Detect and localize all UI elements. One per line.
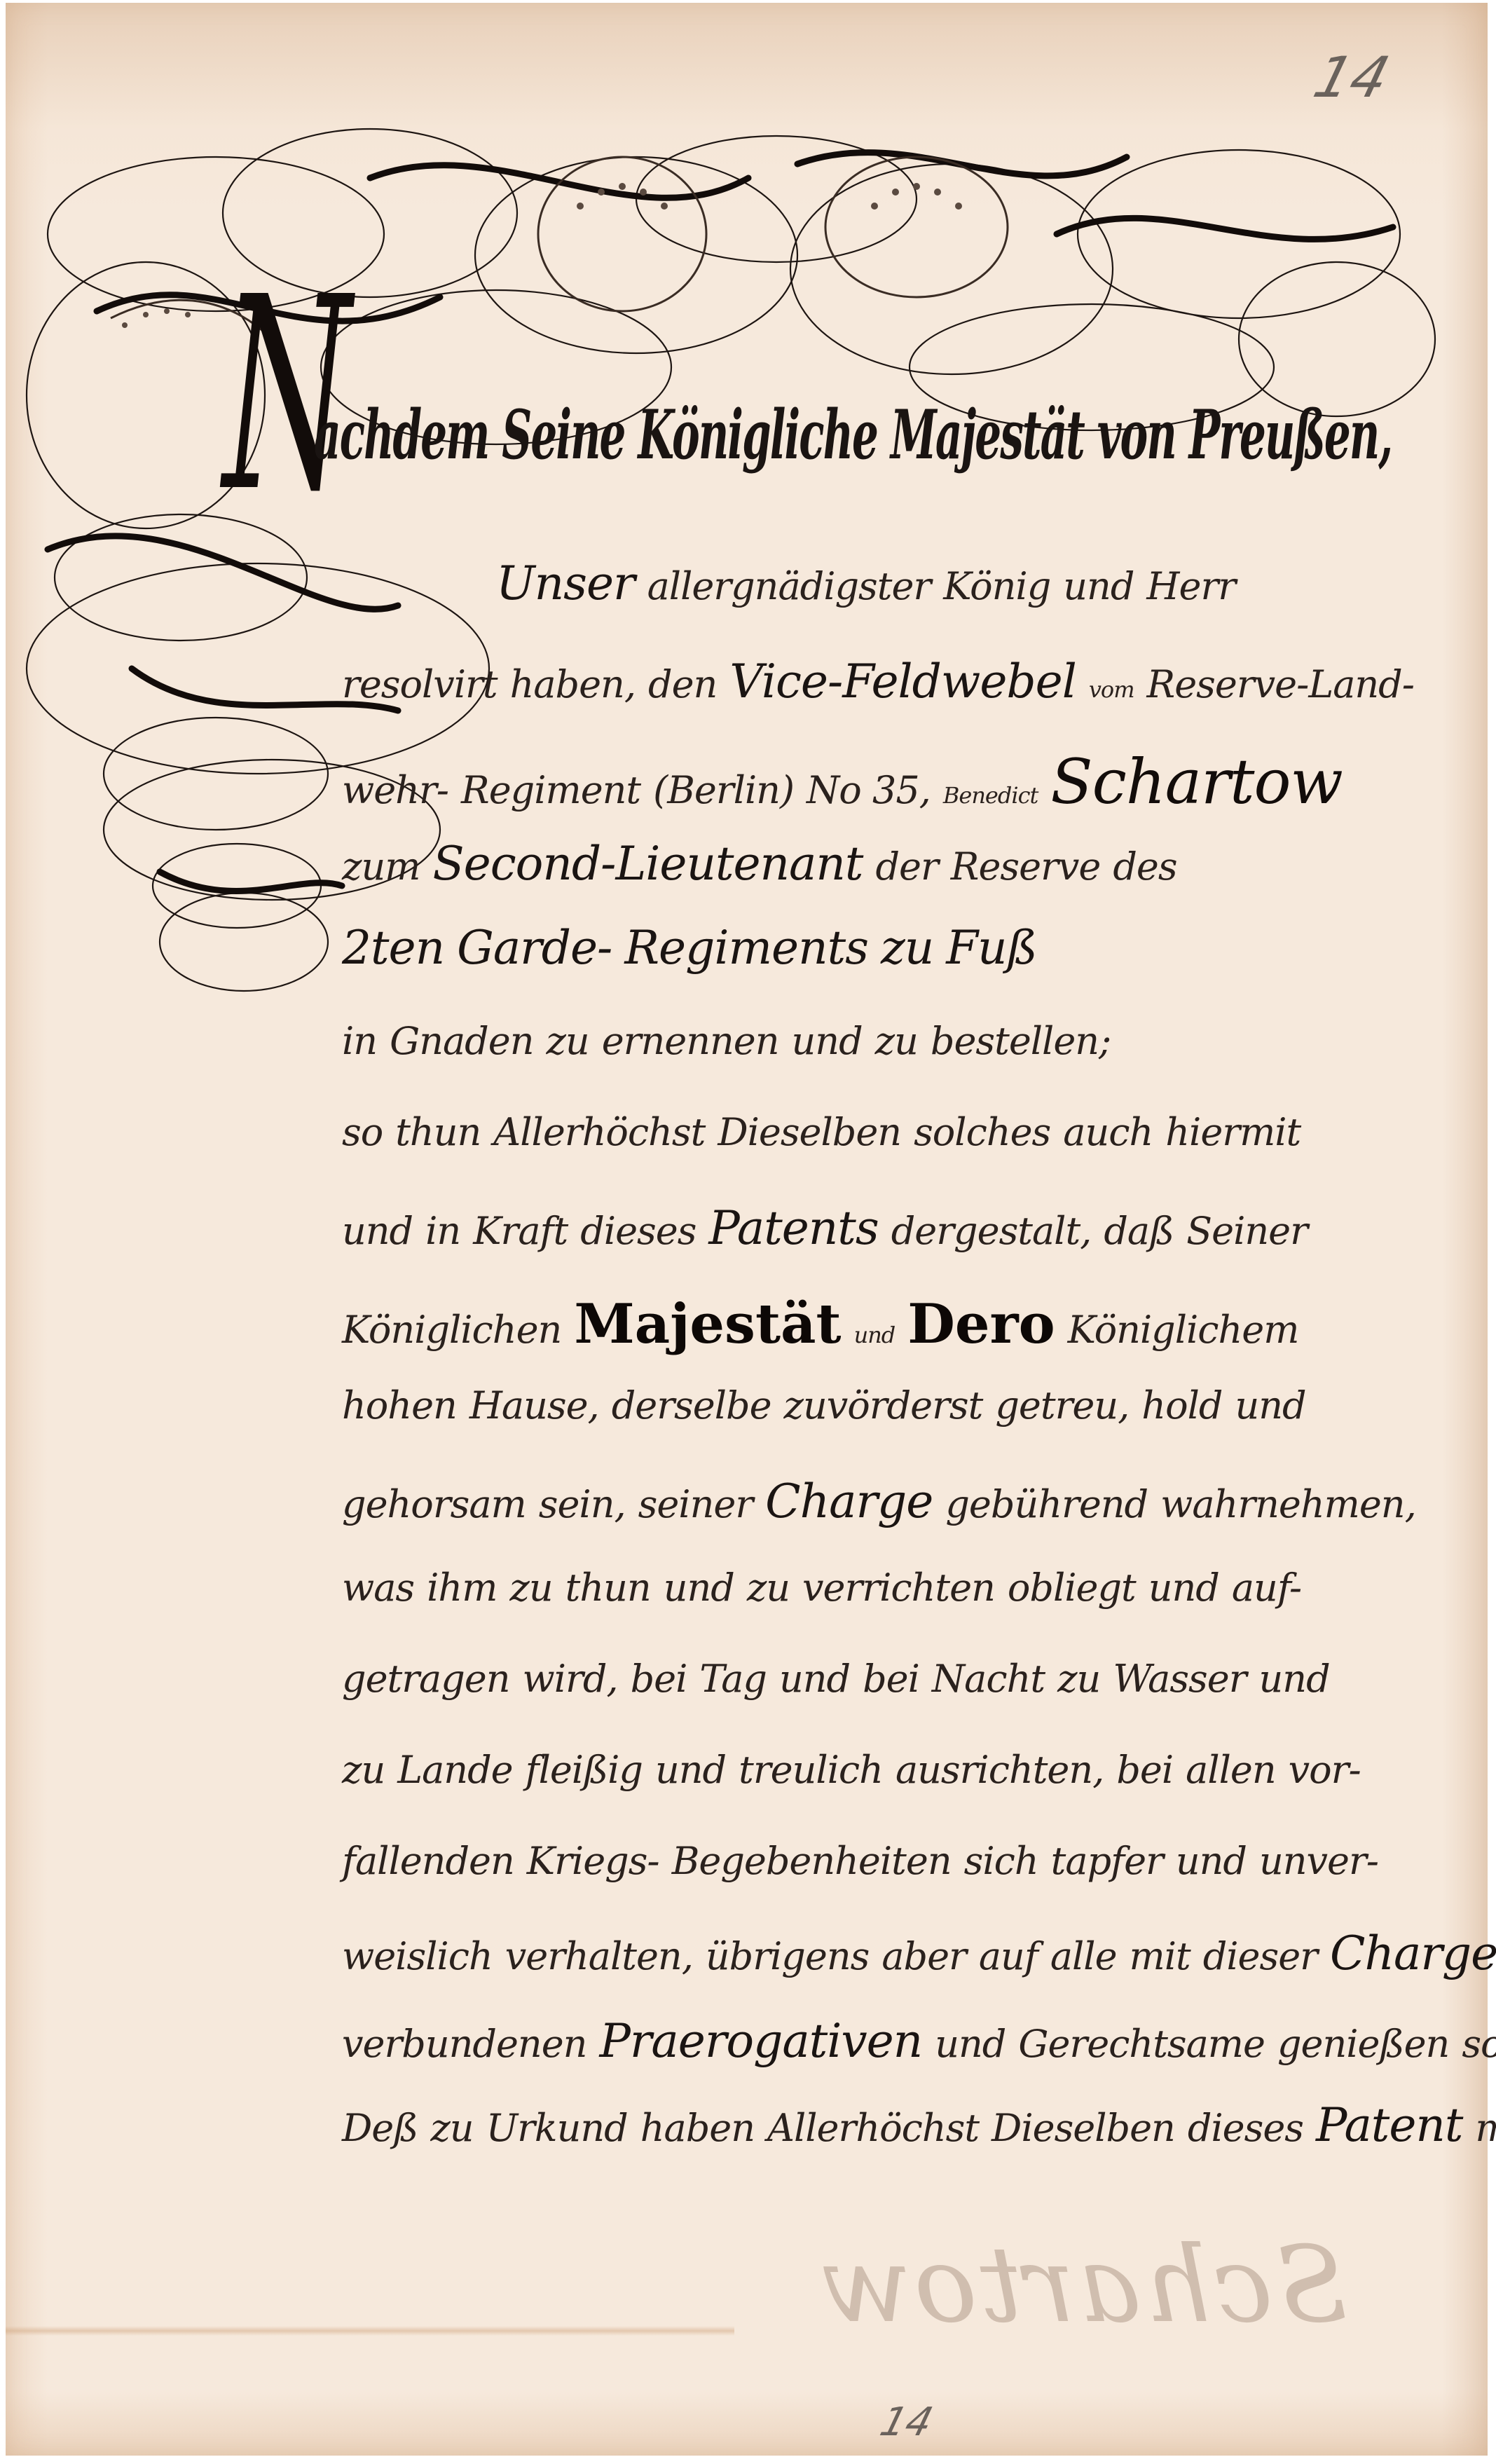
- body-line-2: resolvirt haben, den Vice-Feldwebel vom …: [342, 655, 1435, 718]
- document-sheet: 14: [6, 3, 1488, 2456]
- body-line-13: getragen wird, bei Tag und bei Nacht zu …: [342, 1657, 1435, 1720]
- majesty-word: Majestät: [574, 1292, 841, 1356]
- bleed-through-signature: Schartow: [818, 2224, 1348, 2346]
- body-line-5: 2ten Garde- Regiments zu Fuß: [342, 921, 1435, 984]
- body-line-1: Unser allergnädigster König und Herr: [496, 556, 1442, 620]
- body-line-9: Königlichen Majestät und Dero Königliche…: [342, 1292, 1435, 1355]
- body-line-11: gehorsam sein, seiner Charge gebührend w…: [342, 1474, 1435, 1538]
- rank-to: Second-Lieutenant: [432, 837, 863, 891]
- heading-title: achdem Seine Königliche Majestät von Pre…: [314, 395, 1052, 474]
- rank-from: Vice-Feldwebel: [729, 655, 1076, 709]
- body-line-17: verbundenen Praerogativen und Gerechtsam…: [342, 2014, 1435, 2077]
- body-line-4: zum Second-Lieutenant der Reserve des: [342, 837, 1435, 900]
- body-line-3: wehr- Regiment (Berlin) No 35, Benedict …: [342, 746, 1435, 809]
- regiment-garde: Garde-: [457, 921, 612, 975]
- body-line-6: in Gnaden zu ernennen und zu bestellen;: [342, 1019, 1435, 1082]
- fold-stain: [6, 2326, 734, 2336]
- officer-name: Schartow: [1050, 746, 1342, 818]
- dero-word: Dero: [907, 1292, 1055, 1356]
- body-line-14: zu Lande fleißig und treulich ausrichten…: [342, 1748, 1435, 1811]
- body-line-18: Deß zu Urkund haben Allerhöchst Dieselbe…: [342, 2098, 1435, 2161]
- body-line-15: fallenden Kriegs- Begebenheiten sich tap…: [342, 1839, 1435, 1902]
- archive-number-bottom: 14: [875, 2400, 938, 2445]
- body-line-16: weislich verhalten, übrigens aber auf al…: [342, 1926, 1435, 1990]
- body-line-8: und in Kraft dieses Patents dergestalt, …: [342, 1201, 1435, 1264]
- body-line-10: hohen Hause, derselbe zuvörderst getreu,…: [342, 1383, 1435, 1446]
- body-line-12: was ihm zu thun und zu verrichten oblieg…: [342, 1566, 1435, 1629]
- body-line-7: so thun Allerhöchst Dieselben solches au…: [342, 1110, 1435, 1173]
